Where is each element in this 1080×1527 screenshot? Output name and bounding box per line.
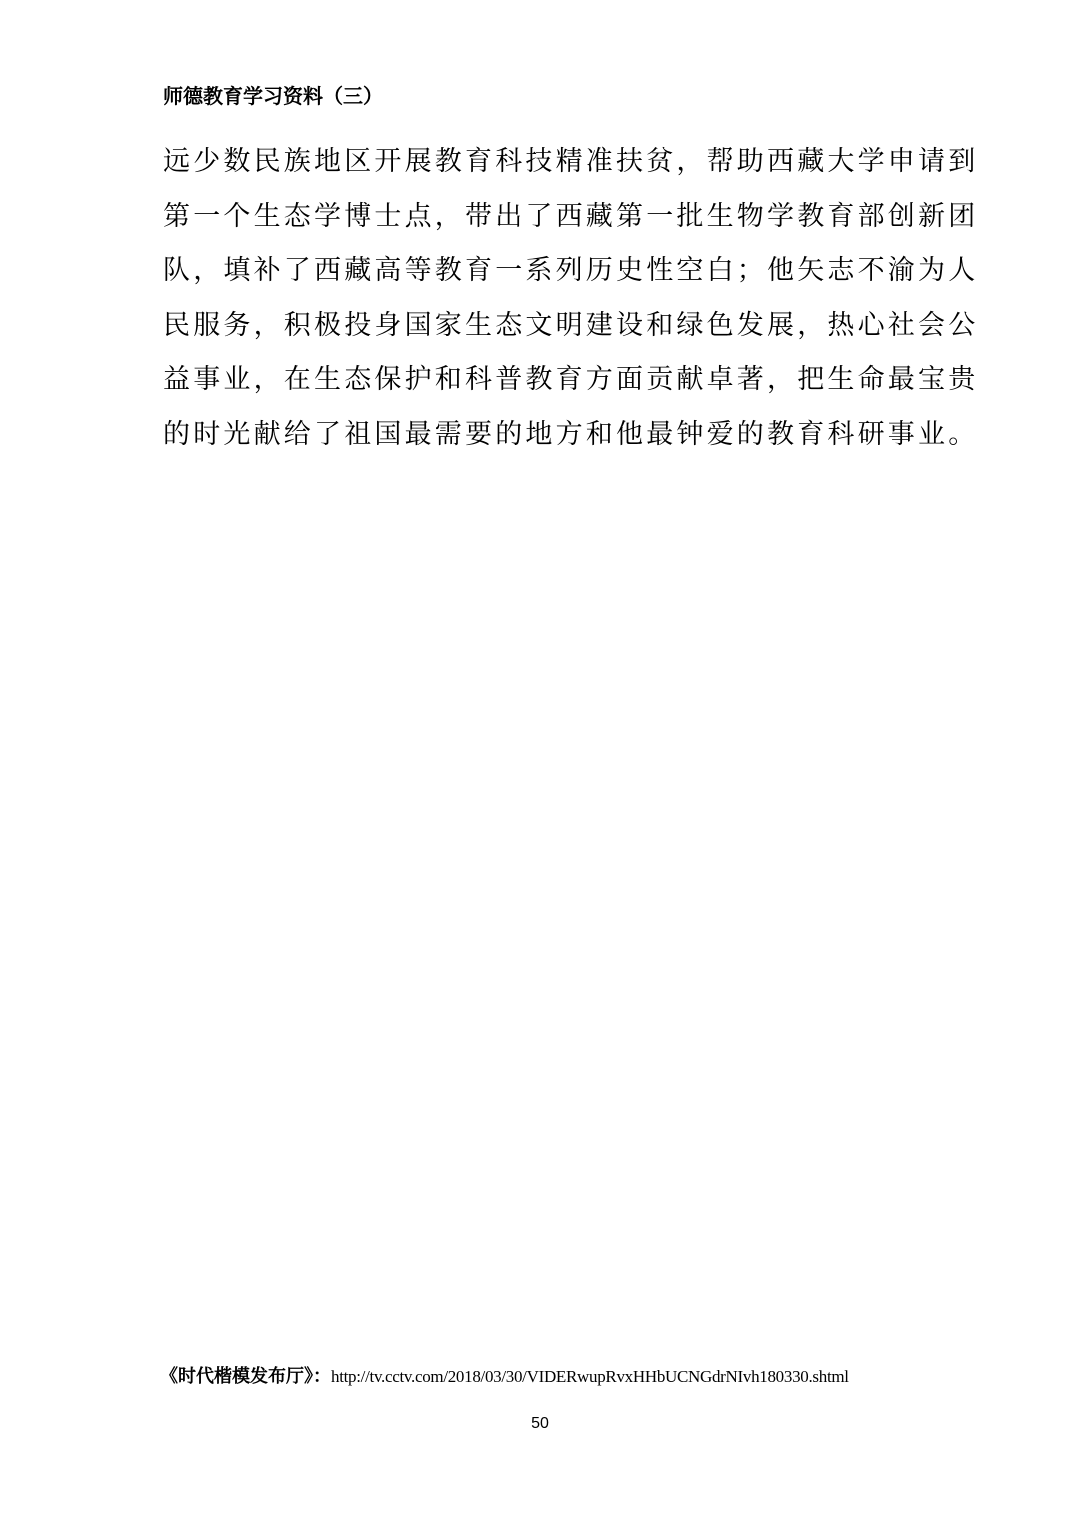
source-label: 《时代楷模发布厅》： [160, 1366, 331, 1387]
body-line: 队，填补了西藏高等教育一系列历史性空白；他矢志不渝为人 [163, 249, 923, 304]
document-page: 师德教育学习资料（三） 远少数民族地区开展教育科技精准扶贫，帮助西藏大学申请到 … [0, 0, 1080, 1527]
body-line: 的时光献给了祖国最需要的地方和他最钟爱的教育科研事业。 [163, 413, 923, 468]
body-paragraph: 远少数民族地区开展教育科技精准扶贫，帮助西藏大学申请到 第一个生态学博士点，带出… [163, 140, 923, 467]
running-header-title: 师德教育学习资料（三） [163, 82, 383, 110]
body-line: 民服务，积极投身国家生态文明建设和绿色发展，热心社会公 [163, 304, 923, 359]
source-url-link[interactable]: http://tv.cctv.com/2018/03/30/VIDERwupRv… [331, 1367, 849, 1386]
body-line: 远少数民族地区开展教育科技精准扶贫，帮助西藏大学申请到 [163, 140, 923, 195]
body-line: 第一个生态学博士点，带出了西藏第一批生物学教育部创新团 [163, 195, 923, 250]
page-number: 50 [0, 1413, 1080, 1435]
source-reference: 《时代楷模发布厅》：http://tv.cctv.com/2018/03/30/… [160, 1364, 849, 1390]
body-line: 益事业，在生态保护和科普教育方面贡献卓著，把生命最宝贵 [163, 358, 923, 413]
